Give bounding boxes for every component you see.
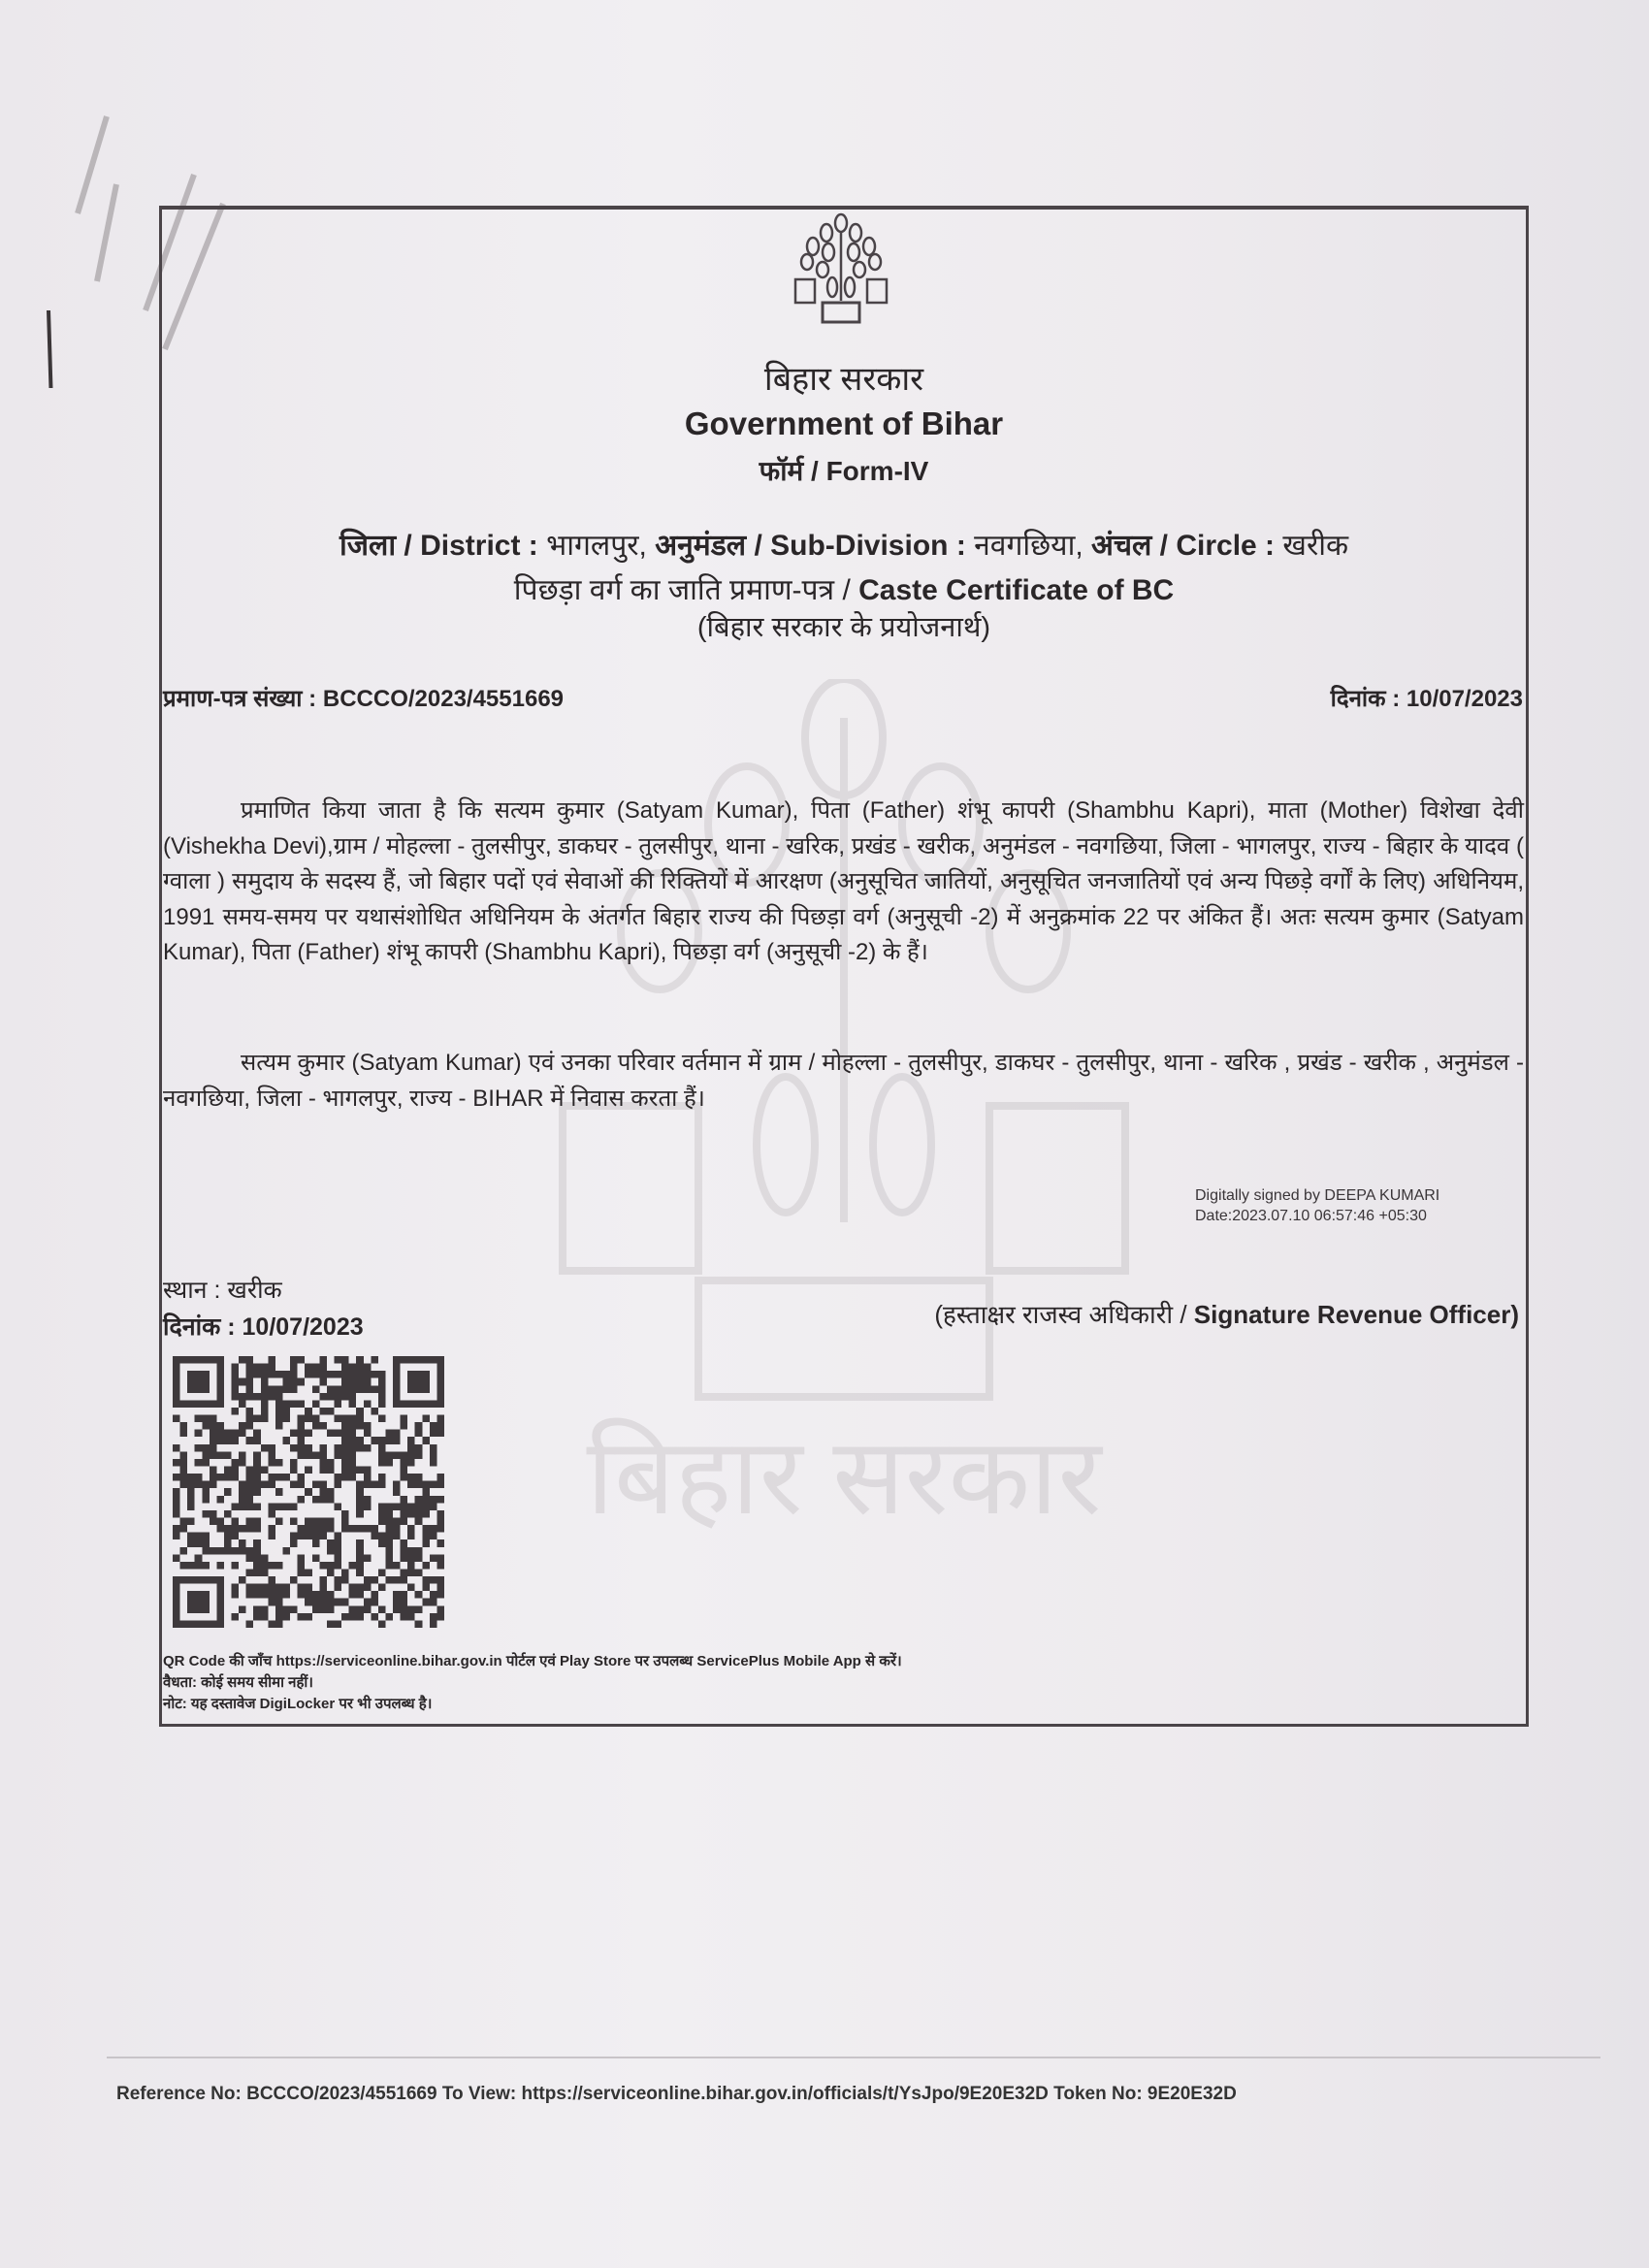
issue-date-label: दिनांक : xyxy=(1331,686,1406,712)
digital-signature: Digitally signed by DEEPA KUMARI Date:20… xyxy=(1195,1185,1439,1226)
qr-code[interactable] xyxy=(173,1356,444,1628)
subdivision-label: अनुमंडल / Sub-Division : xyxy=(655,530,966,562)
signature-officer: (हस्ताक्षर राजस्व अधिकारी / Signature Re… xyxy=(934,1296,1519,1331)
header-title-english: Government of Bihar xyxy=(159,405,1529,442)
digital-signature-signer: Digitally signed by DEEPA KUMARI xyxy=(1195,1185,1439,1206)
certificate-title-english: Caste Certificate of BC xyxy=(858,574,1174,606)
certification-paragraph: प्रमाणित किया जाता है कि सत्यम कुमार (Sa… xyxy=(163,794,1524,971)
district-label: जिला / District : xyxy=(339,530,538,562)
form-number: फॉर्म / Form-IV xyxy=(159,452,1529,489)
svg-text:बिहार सरकार: बिहार सरकार xyxy=(586,1417,1103,1537)
header-title-hindi: बिहार सरकार xyxy=(159,355,1529,400)
certificate-title-hindi: पिछड़ा वर्ग का जाति प्रमाण-पत्र / xyxy=(514,574,858,606)
issue-date-value: 10/07/2023 xyxy=(1406,686,1523,712)
reference-line: Reference No: BCCCO/2023/4551669 To View… xyxy=(116,2084,1237,2105)
signature-date: दिनांक : 10/07/2023 xyxy=(163,1310,364,1343)
validity-note: वैधता: कोई समय सीमा नहीं। xyxy=(163,1672,313,1692)
circle-label: अंचल / Circle : xyxy=(1091,530,1275,562)
place: स्थान : खरीक xyxy=(163,1273,282,1306)
signature-officer-english: Signature Revenue Officer) xyxy=(1194,1300,1519,1329)
signature-officer-hindi: (हस्ताक्षर राजस्व अधिकारी / xyxy=(934,1300,1193,1329)
footer-divider xyxy=(107,2057,1600,2058)
certificate-purpose: (बिहार सरकार के प्रयोजनार्थ) xyxy=(159,607,1529,645)
certificate-number: प्रमाण-पत्र संख्या : BCCCO/2023/4551669 xyxy=(163,682,564,714)
certificate-number-label: प्रमाण-पत्र संख्या : xyxy=(163,686,323,712)
district-value: भागलपुर, xyxy=(546,530,647,562)
digilocker-note: नोट: यह दस्तावेज DigiLocker पर भी उपलब्ध… xyxy=(163,1694,432,1713)
qr-verification-note: QR Code की जाँच https://serviceonline.bi… xyxy=(163,1651,902,1670)
subdivision-value: नवगछिया, xyxy=(974,530,1083,562)
jurisdiction-line: जिला / District : भागलपुर, अनुमंडल / Sub… xyxy=(159,524,1529,564)
digital-signature-date: Date:2023.07.10 06:57:46 +05:30 xyxy=(1195,1206,1439,1226)
certificate-number-value: BCCCO/2023/4551669 xyxy=(323,686,564,712)
bihar-emblem-icon xyxy=(788,211,894,326)
certificate-title: पिछड़ा वर्ग का जाति प्रमाण-पत्र / Caste … xyxy=(159,568,1529,608)
circle-value: खरीक xyxy=(1282,530,1348,562)
issue-date: दिनांक : 10/07/2023 xyxy=(1331,682,1523,714)
residence-paragraph: सत्यम कुमार (Satyam Kumar) एवं उनका परिव… xyxy=(163,1046,1524,1117)
